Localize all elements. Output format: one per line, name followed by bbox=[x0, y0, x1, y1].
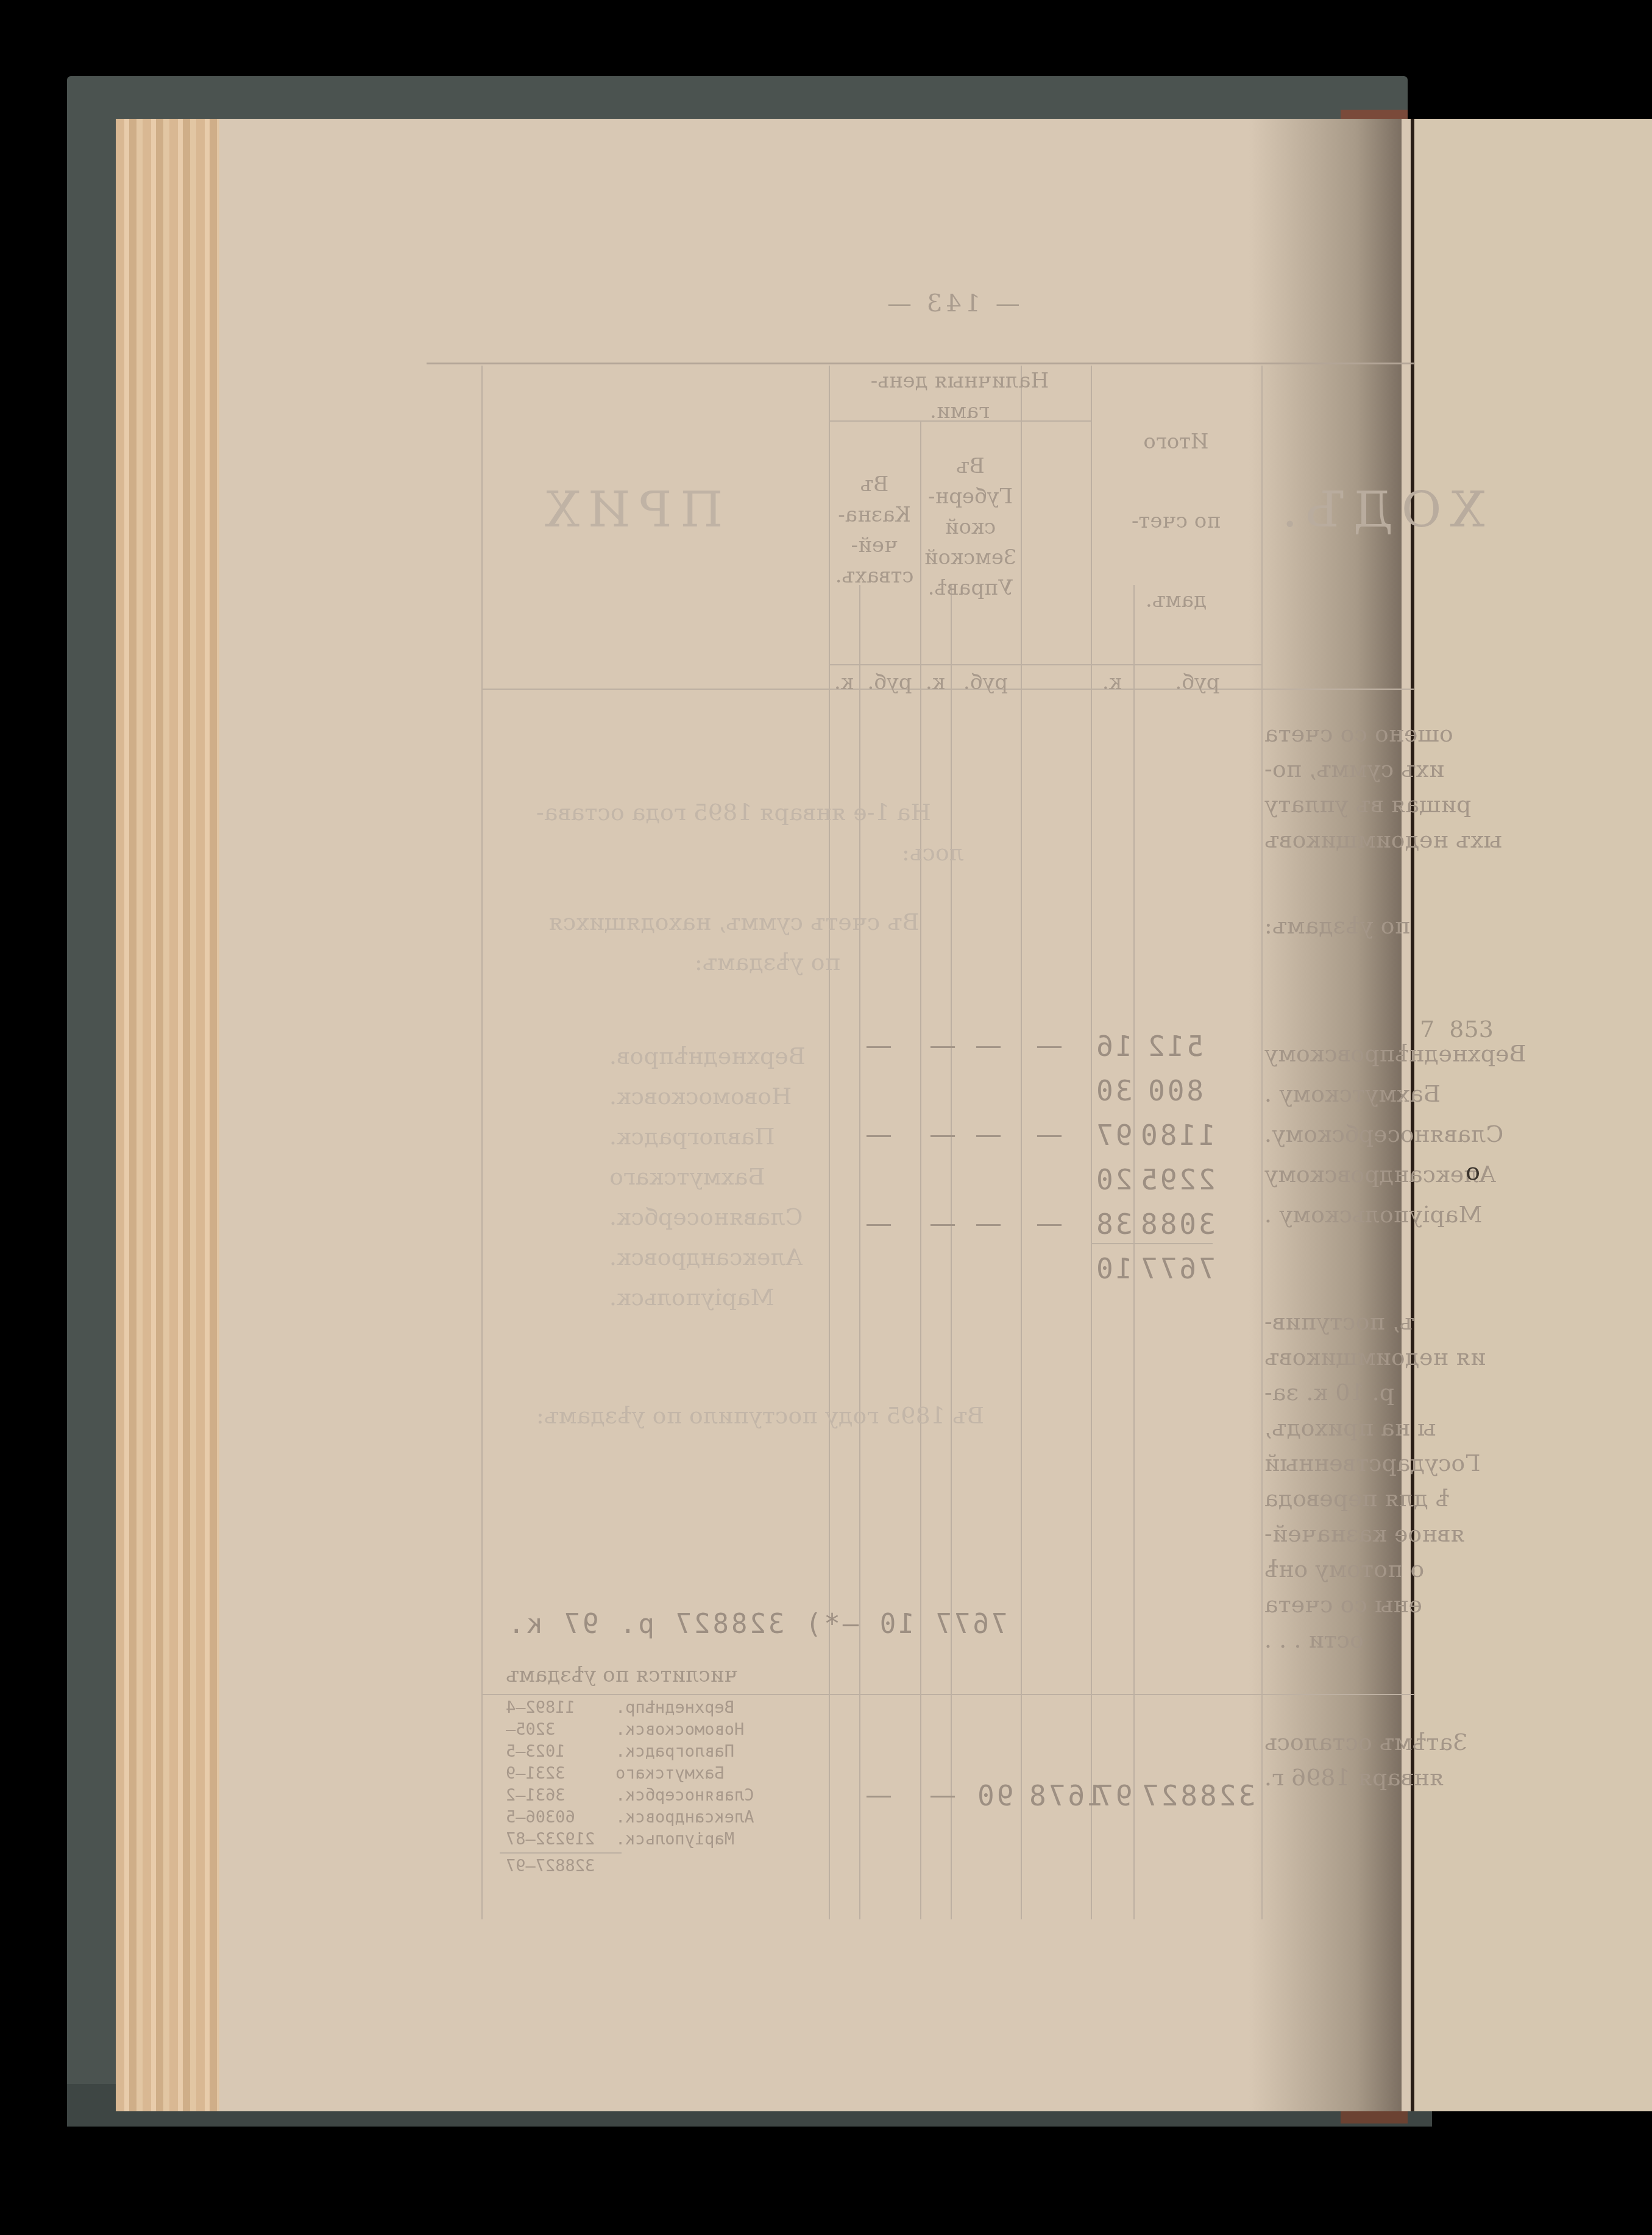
footnote-caption: числится по уѣздамъ bbox=[506, 1657, 738, 1693]
right-list-item: Бахмутскому . bbox=[1264, 1076, 1441, 1111]
final-value-a: 1678 bbox=[1027, 1779, 1104, 1812]
amount-rub: 3088 bbox=[1138, 1208, 1216, 1241]
dash: — bbox=[929, 1030, 956, 1061]
footnote-grand-total: 328827—97 bbox=[506, 1855, 595, 1877]
footnote-entry-value: 1023—5 bbox=[506, 1741, 565, 1763]
right-para2-line: ы на приходъ, bbox=[1264, 1410, 1436, 1445]
right-list-item: Славяносербскому. bbox=[1264, 1116, 1503, 1152]
right-para2-line: ѣ для перевода bbox=[1264, 1481, 1450, 1516]
col-divider bbox=[859, 585, 860, 1919]
page-edges bbox=[116, 119, 232, 2111]
label-district: Верхнеднѣпров. bbox=[609, 1036, 806, 1076]
footnote-entry-name: Павлоградск. bbox=[615, 1741, 734, 1763]
label-district: Маріупольск. bbox=[609, 1277, 775, 1317]
subtotal-rule bbox=[1091, 1243, 1213, 1244]
right-para2-line: ости . . . bbox=[1264, 1622, 1364, 1657]
footnote-entry-value: 11892—4 bbox=[506, 1697, 575, 1719]
footnote-entry-value: 3631—2 bbox=[506, 1785, 565, 1807]
col-divider bbox=[829, 366, 830, 1919]
dash: — bbox=[1036, 1119, 1063, 1150]
amount-kop: 30 bbox=[1094, 1074, 1132, 1107]
footnote-entry-name: Александровск. bbox=[615, 1807, 754, 1829]
footnote-total-line: 7677 10 —*) 328827 р. 97 к. bbox=[506, 1609, 1007, 1640]
footnote-entry-value: 219232—87 bbox=[506, 1829, 595, 1851]
right-para2-line: явное казначей- bbox=[1264, 1516, 1465, 1551]
footnote-entry-name: Славяносербск. bbox=[615, 1785, 754, 1807]
label-district: Павлоградск. bbox=[609, 1116, 775, 1156]
label-district: Александровск. bbox=[609, 1237, 803, 1277]
unit-kop: к. bbox=[829, 667, 859, 698]
dash: — bbox=[929, 1779, 956, 1810]
header-rashod: ХОДЪ. bbox=[1274, 481, 1485, 538]
footnote-rule bbox=[500, 1852, 622, 1854]
footnote-entry-value: 60306—5 bbox=[506, 1807, 575, 1829]
label-1895-receipts: Въ 1895 году поступило по уѣздамъ: bbox=[536, 1395, 984, 1436]
unit-rub: руб. bbox=[859, 667, 920, 698]
final-kop-b: 97 bbox=[1094, 1779, 1132, 1812]
facing-page-fragment: 7 853 bbox=[1420, 1011, 1494, 1047]
closing-balance-label: Затѣмъ осталось bbox=[1264, 1724, 1467, 1760]
row-divider bbox=[481, 1694, 1414, 1695]
dash: — bbox=[929, 1208, 956, 1239]
col-divider bbox=[1261, 366, 1263, 1919]
unit-kop: к. bbox=[1091, 667, 1133, 698]
col-divider bbox=[951, 585, 952, 1919]
right-para2-line: ия недоимщиковъ bbox=[1264, 1339, 1486, 1375]
right-para-line: ыхъ недоимщиковъ bbox=[1264, 822, 1502, 857]
page-number: — 143 — bbox=[884, 289, 1020, 317]
footnote-entry-name: Маріупольск. bbox=[615, 1829, 734, 1851]
dash: — bbox=[929, 1119, 956, 1150]
right-para-line: ихъ суммъ, по- bbox=[1264, 751, 1444, 787]
dash: — bbox=[975, 1119, 1002, 1150]
right-para-line: рищая въ уплату bbox=[1264, 787, 1471, 822]
dash: — bbox=[975, 1030, 1002, 1061]
footnote-entry-value: 3205— bbox=[506, 1719, 555, 1741]
header-treasury: Въ Казна- чей- ствахъ. bbox=[829, 469, 920, 591]
right-para-line: ошено со счета bbox=[1264, 716, 1453, 751]
label-district: Бахмутскаго bbox=[609, 1156, 765, 1197]
dash: — bbox=[975, 1208, 1002, 1239]
gutter-shadow bbox=[1249, 119, 1402, 2111]
footnote-entry-name: Бахмутскаго bbox=[615, 1763, 725, 1785]
amount-rub: 512 bbox=[1146, 1030, 1204, 1063]
dash: — bbox=[865, 1119, 892, 1150]
amount-rub: 800 bbox=[1146, 1074, 1204, 1107]
right-list-item: Александровскому bbox=[1264, 1156, 1496, 1192]
header-uprava: Въ Губерн- ской Земской Управѣ. bbox=[920, 451, 1021, 603]
col-divider bbox=[1021, 366, 1022, 1919]
header-rule bbox=[427, 363, 1414, 364]
facing-page bbox=[1414, 119, 1652, 2111]
header-total: Итого по счет- дамъ. bbox=[1091, 402, 1261, 640]
unit-rub: руб. bbox=[1133, 667, 1261, 698]
dash: — bbox=[865, 1030, 892, 1061]
label-districts-heading-2: по уѣздамъ: bbox=[695, 942, 840, 982]
row-divider bbox=[829, 664, 1261, 665]
right-para-heading: по уѣздамъ: bbox=[1264, 908, 1410, 943]
amount-kop: 97 bbox=[1094, 1119, 1132, 1152]
header-prikhod: ПРИХ bbox=[536, 481, 723, 538]
amount-kop: 16 bbox=[1094, 1030, 1132, 1063]
right-list-item: Маріупольскому . bbox=[1264, 1197, 1482, 1232]
right-para2-line: ъ, поступив- bbox=[1264, 1304, 1414, 1339]
label-district: Славяносербск. bbox=[609, 1197, 803, 1237]
dash: — bbox=[865, 1779, 892, 1810]
amount-kop: 38 bbox=[1094, 1208, 1132, 1241]
table-border-left bbox=[481, 366, 483, 1919]
dash: — bbox=[1036, 1208, 1063, 1239]
subtotal-rub: 7677 bbox=[1138, 1252, 1216, 1285]
subtotal-kop: 10 bbox=[1094, 1252, 1132, 1285]
footnote-entry-value: 3231—9 bbox=[506, 1763, 565, 1785]
amount-kop: 20 bbox=[1094, 1163, 1132, 1196]
label-opening-balance: На 1-е января 1895 года остава- bbox=[536, 792, 931, 832]
final-kop-a: 90 bbox=[975, 1779, 1013, 1812]
header-cash: Наличныя день- гами. bbox=[829, 366, 1091, 427]
footnote-entry-name: Новомосковск. bbox=[615, 1719, 744, 1741]
dash: — bbox=[865, 1208, 892, 1239]
footnote-entry-name: Верхнеднѣпр. bbox=[615, 1697, 734, 1719]
label-district: Новомосковск. bbox=[609, 1076, 792, 1116]
right-para2-line: ены со счета bbox=[1264, 1587, 1422, 1622]
amount-rub: 2295 bbox=[1138, 1163, 1216, 1196]
label-opening-balance-2: лось: bbox=[902, 832, 964, 873]
final-value-b: 328827 bbox=[1140, 1779, 1255, 1812]
label-districts-heading: Въ счетъ суммъ, находящихся bbox=[548, 902, 919, 942]
closing-balance-label: января 1896 г. bbox=[1264, 1760, 1444, 1795]
right-para2-line: Государственный bbox=[1264, 1445, 1480, 1481]
facing-page-mark: о bbox=[1466, 1158, 1480, 1186]
dash: — bbox=[1036, 1030, 1063, 1061]
amount-rub: 1180 bbox=[1138, 1119, 1216, 1152]
unit-kop: к. bbox=[920, 667, 951, 698]
right-para2-line: о потому онѣ bbox=[1264, 1551, 1424, 1587]
unit-rub: руб. bbox=[951, 667, 1021, 698]
right-para2-line: р. 10 к. за- bbox=[1264, 1375, 1394, 1410]
col-divider bbox=[1133, 585, 1135, 1919]
